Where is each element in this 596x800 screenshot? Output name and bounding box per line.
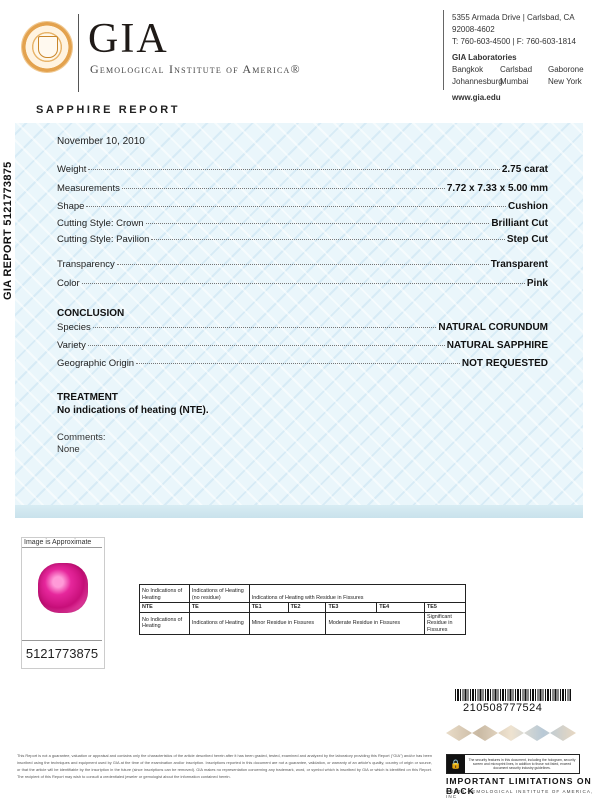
hologram-strip	[446, 725, 576, 741]
detail-label: Measurements	[57, 183, 120, 194]
website-link[interactable]: www.gia.edu	[452, 92, 596, 104]
address-line: 5355 Armada Drive | Carlsbad, CA 92008-4…	[452, 12, 596, 36]
conclusion-value: NATURAL SAPPHIRE	[447, 340, 548, 351]
lab-location: New York	[548, 76, 596, 88]
comments-label: Comments:	[57, 432, 106, 444]
contact-block: 5355 Armada Drive | Carlsbad, CA 92008-4…	[452, 12, 596, 104]
detail-value: Brilliant Cut	[491, 218, 548, 229]
leader-dots	[146, 223, 490, 224]
conclusion-heading: CONCLUSION	[57, 308, 124, 319]
table-cell: Significant Residue in Fissures	[425, 612, 466, 635]
gem-image-caption: Image is Approximate	[22, 538, 102, 548]
institute-name: Gemological Institute of America®	[90, 62, 301, 77]
table-code-row: NTE TE TE1 TE2 TE3 TE4 TE5	[140, 603, 466, 613]
detail-label: Cutting Style: Crown	[57, 218, 144, 229]
detail-value: Step Cut	[507, 234, 548, 245]
gem-report-number: 5121773875	[22, 640, 102, 667]
side-report-number: GIA REPORT 5121773875	[2, 161, 14, 300]
security-text: The security features in this document, …	[465, 758, 579, 771]
table-cell: NTE	[140, 603, 190, 613]
gem-photo	[38, 563, 88, 613]
table-cell: Indications of Heating	[189, 612, 249, 635]
detail-row: Weight2.75 carat	[57, 164, 548, 178]
report-title: SAPPHIRE REPORT	[36, 104, 180, 116]
leader-dots	[122, 188, 445, 189]
detail-value: Pink	[527, 278, 548, 289]
barcode-number: 210508777524	[463, 702, 542, 714]
conclusion-value: NOT REQUESTED	[462, 358, 548, 369]
table-description-row: No Indications of Heating Indications of…	[140, 612, 466, 635]
table-cell: TE5	[425, 603, 466, 613]
conclusion-label: Geographic Origin	[57, 358, 134, 369]
labs-list: Bangkok Carlsbad Gaborone Johannesburg M…	[452, 64, 596, 88]
phone-line: T: 760-603-4500 | F: 760-603-1814	[452, 36, 596, 48]
heating-indications-table: No Indications of Heating Indications of…	[139, 584, 466, 635]
lab-location: Gaborone	[548, 64, 596, 76]
lab-location: Johannesburg	[452, 76, 500, 88]
detail-label: Transparency	[57, 259, 115, 270]
detail-label: Color	[57, 278, 80, 289]
table-cell: Moderate Residue in Fissures	[326, 612, 425, 635]
leader-dots	[151, 239, 504, 240]
shield-icon	[38, 36, 58, 58]
table-cell: TE4	[377, 603, 425, 613]
table-cell: No Indications of Heating	[140, 585, 190, 603]
detail-value: 2.75 carat	[502, 164, 548, 175]
detail-row: Cutting Style: CrownBrilliant Cut	[57, 218, 548, 232]
contact-divider	[443, 10, 444, 90]
treatment-text: No indications of heating (NTE).	[57, 405, 209, 416]
detail-row: ColorPink	[57, 278, 548, 292]
lab-location: Bangkok	[452, 64, 500, 76]
leader-dots	[86, 206, 506, 207]
detail-value: 7.72 x 7.33 x 5.00 mm	[447, 183, 548, 194]
table-cell: TE3	[326, 603, 377, 613]
conclusion-row: Geographic OriginNOT REQUESTED	[57, 358, 548, 372]
table-cell: Minor Residue in Fissures	[249, 612, 326, 635]
table-cell: No Indications of Heating	[140, 612, 190, 635]
table-cell: Indications of Heating (no residue)	[189, 585, 249, 603]
disclaimer-text: This Report is not a guarantee, valuatio…	[17, 752, 432, 780]
lock-icon: 🔒	[447, 755, 465, 773]
table-header-row: No Indications of Heating Indications of…	[140, 585, 466, 603]
leader-dots	[82, 283, 525, 284]
conclusion-row: VarietyNATURAL SAPPHIRE	[57, 340, 548, 354]
conclusion-value: NATURAL CORUNDUM	[438, 322, 548, 333]
detail-label: Cutting Style: Pavilion	[57, 234, 149, 245]
detail-label: Shape	[57, 201, 84, 212]
conclusion-label: Variety	[57, 340, 86, 351]
header-divider	[78, 14, 79, 92]
conclusion-row: SpeciesNATURAL CORUNDUM	[57, 322, 548, 336]
detail-row: TransparencyTransparent	[57, 259, 548, 273]
detail-row: Measurements7.72 x 7.33 x 5.00 mm	[57, 183, 548, 197]
panel-band	[15, 505, 583, 518]
lab-location: Mumbai	[500, 76, 548, 88]
table-cell: TE2	[288, 603, 326, 613]
table-cell: Indications of Heating with Residue in F…	[249, 585, 465, 603]
report-date: November 10, 2010	[57, 136, 145, 147]
lab-location: Carlsbad	[500, 64, 548, 76]
leader-dots	[88, 345, 445, 346]
detail-row: ShapeCushion	[57, 201, 548, 215]
detail-value: Cushion	[508, 201, 548, 212]
detail-row: Cutting Style: PavilionStep Cut	[57, 234, 548, 248]
detail-value: Transparent	[491, 259, 548, 270]
table-cell: TE	[189, 603, 249, 613]
treatment-heading: TREATMENT	[57, 392, 118, 403]
comments-text: None	[57, 444, 80, 456]
labs-title: GIA Laboratories	[452, 52, 596, 64]
table-cell: TE1	[249, 603, 288, 613]
leader-dots	[136, 363, 460, 364]
leader-dots	[88, 169, 499, 170]
barcode-icon	[455, 689, 571, 701]
leader-dots	[93, 327, 437, 328]
conclusion-label: Species	[57, 322, 91, 333]
security-notice: 🔒 The security features in this document…	[446, 754, 580, 774]
gia-logo: GIA	[88, 18, 169, 60]
leader-dots	[117, 264, 489, 265]
copyright-text: ©2008 GEMOLOGICAL INSTITUTE OF AMERICA, …	[446, 789, 596, 799]
detail-label: Weight	[57, 164, 86, 175]
